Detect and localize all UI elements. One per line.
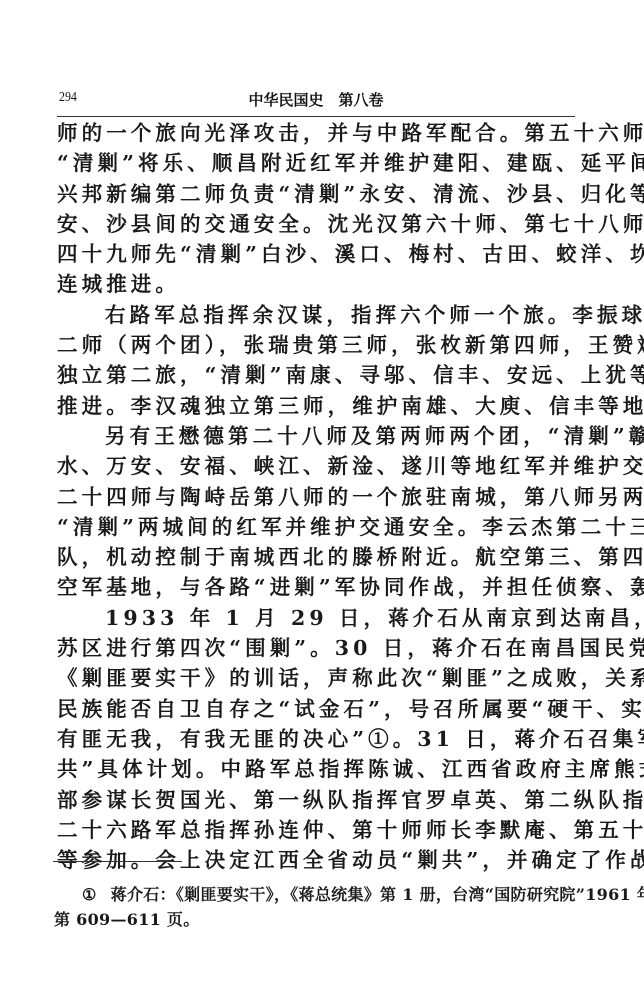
paragraph-start-line: 1933 年 1 月 29 日，蒋介石从南京到达南昌，亲自坐镇指挥对中央: [57, 603, 581, 633]
text-line: 空军基地，与各路“进剿”军协同作战，并担任侦察、轰炸及通信联络。: [57, 572, 581, 602]
footnotes: ①蒋介石：《剿匪要实干》，《蒋总统集》第 1 册，台湾“国防研究院”1961 年…: [54, 882, 584, 932]
text-line: “清剿”两城间的红军并维护交通安全。李云杰第二十三师为总预备: [57, 512, 581, 542]
text-line: 二十六路军总指挥孙连仲、第十师师长李默庵、第五十三师师长李韫珩: [57, 815, 581, 845]
text-line: 推进。李汉魂独立第三师，维护南雄、大庾、信丰等地交通安全。: [57, 391, 581, 421]
running-title: 中华民国史 第八卷: [57, 89, 575, 110]
text-line: 兴邦新编第二师负责“清剿”永安、清流、沙县、归化等地红军，并维护永: [57, 179, 581, 209]
header-rule: [57, 116, 575, 117]
text-line: 师的一个旅向光泽攻击，并与中路军配合。第五十六师的第一六八旅: [57, 118, 581, 148]
footnote-text: 蒋介石：《剿匪要实干》，《蒋总统集》第 1 册，台湾“国防研究院”1961 年版…: [111, 885, 644, 904]
body-text: 师的一个旅向光泽攻击，并与中路军配合。第五十六师的第一六八旅 “清剿”将乐、顺昌…: [57, 118, 581, 875]
text-line: 队，机动控制于南城西北的滕桥附近。航空第三、第四两队，以南昌为: [57, 542, 581, 572]
paragraph-start-line: 右路军总指挥余汉谋，指挥六个师一个旅。李振球第一师，叶肇第: [57, 300, 581, 330]
text-line: 苏区进行第四次“围剿”。30 日，蒋介石在南昌国民党江西省党部作: [57, 633, 581, 663]
text-line: 安、沙县间的交通安全。沈光汉第六十师、第七十八师一个团，张贞第: [57, 209, 581, 239]
text-line: 连城推进。: [57, 269, 581, 299]
text-line: 二师（两个团），张瑞贵第三师，张枚新第四师，王赞斌第四十四师，陈章: [57, 330, 581, 360]
text-line: 水、万安、安福、峡江、新淦、遂川等地红军并维护交通安全。许克祥第: [57, 451, 581, 481]
text-line: 部参谋长贺国光、第一纵队指挥官罗卓英、第二纵队指挥官吴奇伟、第: [57, 785, 581, 815]
footnote-line: 第 609—611 页。: [54, 907, 584, 932]
text-line: 共”具体计划。中路军总指挥陈诚、江西省政府主席熊式辉、“剿匪”总: [57, 754, 581, 784]
paragraph-start-line: 另有王懋德第二十八师及第两师两个团，“清剿”赣江两岸吉安、吉: [57, 421, 581, 451]
text-line: 四十九师先“清剿”白沙、溪口、梅村、古田、蛟洋、坎市附近红军，然后向: [57, 239, 581, 269]
text-line: 民族能否自卫自存之“试金石”，号召所属要“硬干、实干、快干”，“要下: [57, 694, 581, 724]
text-line: “清剿”将乐、顺昌附近红军并维护建阳、建瓯、延平间的交通安全。卢: [57, 148, 581, 178]
footnote-marker: ①: [82, 882, 97, 907]
footnote-line: ①蒋介石：《剿匪要实干》，《蒋总统集》第 1 册，台湾“国防研究院”1961 年…: [54, 882, 584, 907]
text-line: 《剿匪要实干》的训话，声称此次“剿匪”之成败，关系国家存亡，亦即我: [57, 663, 581, 693]
text-line: 二十四师与陶峙岳第八师的一个旅驻南城，第八师另两个旅驻南丰，: [57, 482, 581, 512]
text-line: 独立第二旅，“清剿”南康、寻邬、信丰、安远、上犹等地红军，并适时向北: [57, 360, 581, 390]
text-line: 有匪无我，有我无匪的决心”①。31 日，蒋介石召集军事会议，拟订“剿: [57, 724, 581, 754]
footnote-rule: [53, 861, 182, 862]
page-header: 294 中华民国史 第八卷: [57, 86, 575, 116]
